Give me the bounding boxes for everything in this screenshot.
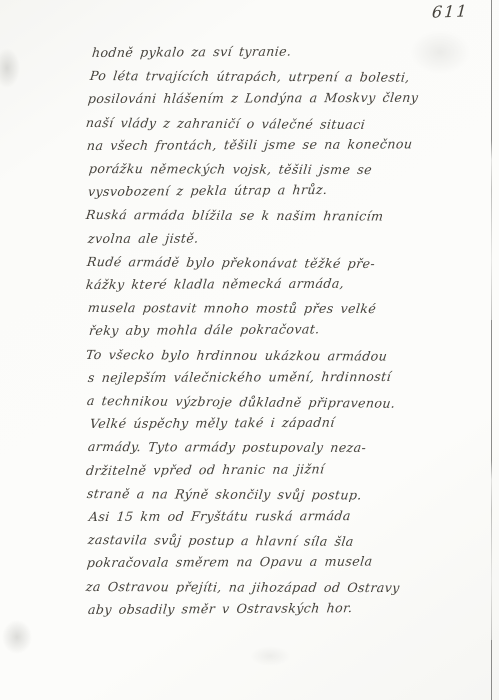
scan-smudge <box>0 48 20 88</box>
handwritten-line: s nejlepším válečnického umění, hrdinnos… <box>87 365 439 389</box>
manuscript-text-block: hodně pykalo za sví tyranie.Po léta trva… <box>86 41 438 621</box>
handwritten-line: kážky které kladla německá armáda, <box>85 271 439 296</box>
handwritten-line: na všech frontách, těšili jsme se na kon… <box>86 132 439 157</box>
handwritten-line: Velké úspěchy měly také i západní <box>89 410 439 435</box>
page-number: 611 <box>431 1 469 21</box>
handwritten-line: Asi 15 km od Fryštátu ruská armáda <box>88 504 439 528</box>
handwritten-line: aby obsadily směr v Ostravských hor. <box>87 595 439 621</box>
scanned-manuscript-page: 611 hodně pykalo za sví tyranie.Po léta … <box>0 0 499 700</box>
scan-edge-line <box>491 0 492 700</box>
handwritten-line: To všecko bylo hrdinnou ukázkou armádou <box>85 343 440 368</box>
scan-smudge <box>2 620 32 654</box>
handwritten-line: řeky aby mohla dále pokračovat. <box>88 317 439 343</box>
handwritten-line: hodně pykalo za sví tyranie. <box>91 39 439 65</box>
handwritten-line: posilováni hlášením z Londýna a Moskvy č… <box>87 86 439 110</box>
handwritten-line: pokračovala směrem na Opavu a musela <box>86 550 439 575</box>
scan-smudge <box>250 646 290 666</box>
handwritten-line: držitelně vpřed od hranic na jižní <box>85 456 439 482</box>
handwritten-line: vysvobození z pekla útrap a hrůz. <box>87 177 439 203</box>
handwritten-line: Ruská armáda blížila se k našim hranicím <box>85 203 440 228</box>
handwritten-line: zvolna ale jistě. <box>87 225 439 249</box>
